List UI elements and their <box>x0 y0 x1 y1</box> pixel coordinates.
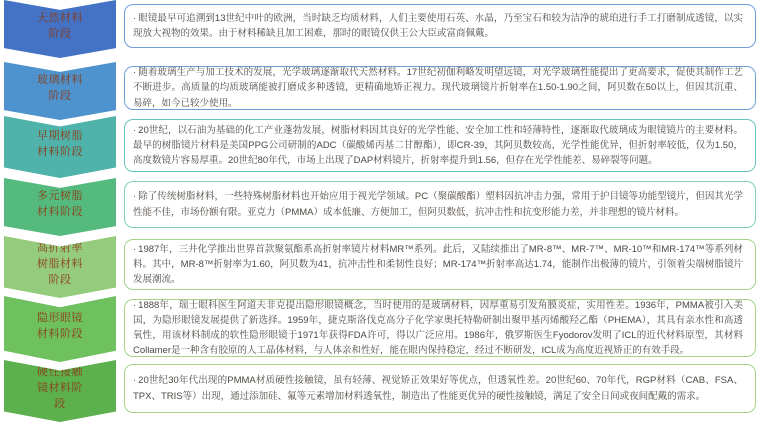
bullet: · <box>133 13 136 24</box>
stage-description: 20世纪，以石油为基础的化工产业蓬勃发展，树脂材料因其良好的光学性能、安全加工性… <box>133 125 743 166</box>
stage-chevron-early-resin: 早期树脂 材料阶段 <box>4 116 116 178</box>
stage-description-text: ·眼镜最早可追溯到13世纪中叶的欧洲，当时缺乏均质材料，人们主要使用石英、水晶，… <box>133 11 743 41</box>
stage-description-text: ·20世纪30年代出现的PMMA材质硬性接触镜，虽有轻薄、视觉矫正效果好等优点，… <box>133 373 743 403</box>
stage-description-text: ·1888年，瑞士眼科医生阿道夫非克提出隐形眼镜概念，当时使用的是玻璃材料，因厚… <box>133 298 743 359</box>
stage-chevron-multi-resin: 多元树脂 材料阶段 <box>4 178 116 236</box>
stage-chevron-rigid-contact-lens: 硬性接触 镜材料阶 段 <box>4 360 116 422</box>
stage-description-box: ·1987年，三井化学推出世界首款聚氨酯系高折射率镜片材料MR™系列。此后，又陆… <box>124 239 756 290</box>
stage-description-box: ·20世纪30年代出现的PMMA材质硬性接触镜，虽有轻薄、视觉矫正效果好等优点，… <box>124 364 756 413</box>
stage-description-text: ·随着玻璃生产与加工技术的发展，光学玻璃逐渐取代天然材料。17世纪初伽利略发明望… <box>133 65 743 111</box>
stage-description-box: ·眼镜最早可追溯到13世纪中叶的欧洲，当时缺乏均质材料，人们主要使用石英、水晶，… <box>124 4 756 48</box>
stage-label: 玻璃材料 阶段 <box>37 73 83 105</box>
bullet: · <box>133 244 136 255</box>
stage-description-box: ·除了传统树脂材料，一些特殊树脂材料也开始应用于视光学领域。PC（聚碳酸酯）塑料… <box>124 181 756 228</box>
lens-material-history-diagram: 天然材料 阶段 ·眼镜最早可追溯到13世纪中叶的欧洲，当时缺乏均质材料，人们主要… <box>0 0 765 422</box>
stage-description: 随着玻璃生产与加工技术的发展，光学玻璃逐渐取代天然材料。17世纪初伽利略发明望远… <box>133 67 743 108</box>
stage-chevron-contact-lens: 隐形眼镜 材料阶段 <box>4 296 116 362</box>
bullet: · <box>133 300 136 311</box>
stage-description-box: ·20世纪，以石油为基础的化工产业蓬勃发展，树脂材料因其良好的光学性能、安全加工… <box>124 119 756 172</box>
stage-label: 隐形眼镜 材料阶段 <box>37 311 83 343</box>
stage-description: 1888年，瑞士眼科医生阿道夫非克提出隐形眼镜概念，当时使用的是玻璃材料，因厚重… <box>133 300 743 357</box>
stage-label: 硬性接触 镜材料阶 段 <box>37 365 83 413</box>
stage-description: 1987年，三井化学推出世界首款聚氨酯系高折射率镜片材料MR™系列。此后，又陆续… <box>133 244 743 285</box>
stage-description: 20世纪30年代出现的PMMA材质硬性接触镜，虽有轻薄、视觉矫正效果好等优点，但… <box>133 375 743 401</box>
bullet: · <box>133 67 136 78</box>
stage-description-box: ·1888年，瑞士眼科医生阿道夫非克提出隐形眼镜概念，当时使用的是玻璃材料，因厚… <box>124 299 756 357</box>
stage-description-text: ·20世纪，以石油为基础的化工产业蓬勃发展，树脂材料因其良好的光学性能、安全加工… <box>133 123 743 169</box>
stage-chevron-natural-material: 天然材料 阶段 <box>4 0 116 58</box>
stage-description-box: ·随着玻璃生产与加工技术的发展，光学玻璃逐渐取代天然材料。17世纪初伽利略发明望… <box>124 66 756 110</box>
stage-label: 高折射率 树脂材料 阶段 <box>37 241 83 289</box>
stage-chevron-high-index-resin: 高折射率 树脂材料 阶段 <box>4 236 116 298</box>
stage-description-text: ·1987年，三井化学推出世界首款聚氨酯系高折射率镜片材料MR™系列。此后，又陆… <box>133 242 743 288</box>
stage-description-text: ·除了传统树脂材料，一些特殊树脂材料也开始应用于视光学领域。PC（聚碳酸酯）塑料… <box>133 189 743 219</box>
stage-label: 早期树脂 材料阶段 <box>37 129 83 161</box>
stage-label: 多元树脂 材料阶段 <box>37 189 83 221</box>
bullet: · <box>133 191 136 202</box>
stage-label: 天然材料 阶段 <box>37 11 83 43</box>
stage-description: 眼镜最早可追溯到13世纪中叶的欧洲，当时缺乏均质材料，人们主要使用石英、水晶，乃… <box>133 13 743 39</box>
stage-description: 除了传统树脂材料，一些特殊树脂材料也开始应用于视光学领域。PC（聚碳酸酯）塑料因… <box>133 191 743 217</box>
stage-chevron-glass-material: 玻璃材料 阶段 <box>4 62 116 120</box>
bullet: · <box>133 375 136 386</box>
bullet: · <box>133 125 136 136</box>
